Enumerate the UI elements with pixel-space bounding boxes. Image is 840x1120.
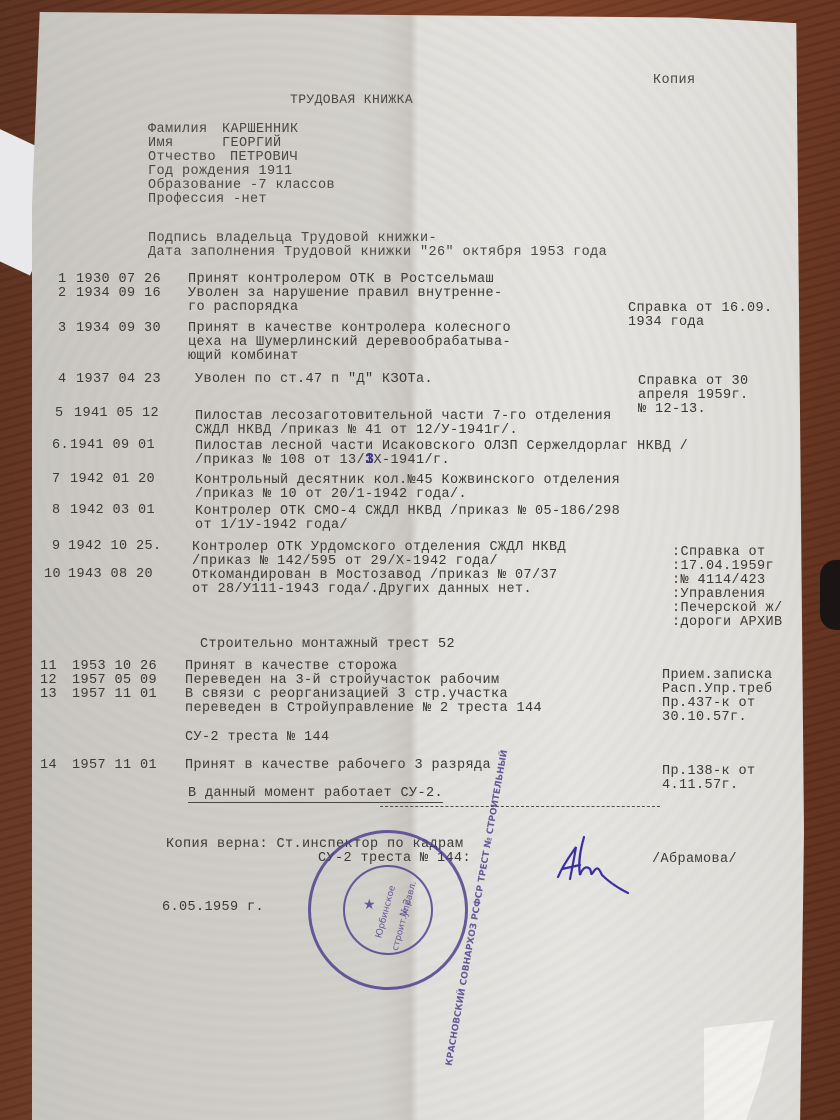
entry-10-date: 1943 08 20 xyxy=(68,568,153,582)
handwritten-day-correction: 3 xyxy=(365,453,374,467)
copy-mark: Копия xyxy=(653,74,696,88)
handwritten-signature xyxy=(550,835,630,895)
entry-9-basis-line2: :17.04.1959г xyxy=(672,560,774,574)
fill-date-line: Дата заполнения Трудовой книжки "26" окт… xyxy=(148,246,607,260)
entry-13-number: 13 xyxy=(40,688,57,702)
entry-9-text-line2: /приказ № 142/595 от 29/Х-1942 года/ xyxy=(192,555,498,569)
entry-2-number: 2 xyxy=(58,287,67,301)
current-status: В данный момент работает СУ-2. xyxy=(188,787,443,803)
section-heading-trust-52: Строительно монтажный трест 52 xyxy=(200,638,455,652)
surname-label: Фамилия xyxy=(148,123,208,137)
entry-8-date: 1942 03 01 xyxy=(70,504,155,518)
entry-9-text-line1: Контролер ОТК Урдомского отделения СЖДЛ … xyxy=(192,541,566,555)
entry-7-date: 1942 01 20 xyxy=(70,473,155,487)
entry-6-text-line2: /приказ № 108 от 13/1Х-1941/г. xyxy=(195,454,450,468)
entry-10-basis-line3: :Печерской ж/ xyxy=(672,602,783,616)
stamp-inner-text-3: № 2 xyxy=(399,898,413,918)
entry-12-date: 1957 05 09 xyxy=(72,674,157,688)
entry-10-basis-line2: :Управления xyxy=(672,588,766,602)
signer-name: /Абрамова/ xyxy=(652,853,737,867)
entry-12-number: 12 xyxy=(40,674,57,688)
entry-3-text-line1: Принят в качестве контролера колесного xyxy=(188,322,511,336)
entry-4-number: 4 xyxy=(58,373,67,387)
entry-4-basis-line3: № 12-13. xyxy=(638,403,706,417)
name-label: Имя xyxy=(148,137,174,151)
entry-7-number: 7 xyxy=(52,473,61,487)
entry-9-date: 1942 10 25. xyxy=(68,540,162,554)
name-value: ГЕОРГИЙ xyxy=(222,137,282,151)
entry-10-basis-line1: :№ 4114/423 xyxy=(672,574,766,588)
profession-line: Профессия -нет xyxy=(148,193,267,207)
entry-2-text-line1: Уволен за нарушение правил внутренне- xyxy=(188,287,503,301)
entry-1-number: 1 xyxy=(58,273,67,287)
entry-12-basis-line2: Расп.Упр.треб xyxy=(662,683,773,697)
entry-10-text-line1: Откомандирован в Мостозавод /приказ № 07… xyxy=(192,569,558,583)
entry-14-text: Принят в качестве рабочего 3 разряда xyxy=(185,759,491,773)
entry-10-basis-line4: :дороги АРХИВ xyxy=(672,616,783,630)
certification-date: 6.05.1959 г. xyxy=(162,901,264,915)
entry-2-basis-line1: Справка от 16.09. xyxy=(628,302,773,316)
entry-14-basis-line1: Пр.138-к от xyxy=(662,765,756,779)
entry-7-text-line2: /приказ № 10 от 20/1-1942 года/. xyxy=(195,488,467,502)
patronymic-label: Отчество xyxy=(148,151,216,165)
entry-3-text-line2: цеха на Шумерлинский деревообрабатыва- xyxy=(188,336,511,350)
entry-2-date: 1934 09 16 xyxy=(76,287,161,301)
entry-12-basis-line1: Прием.записка xyxy=(662,669,773,683)
document-title: ТРУДОВАЯ КНИЖКА xyxy=(290,93,413,107)
entry-4-basis-line1: Справка от 30 xyxy=(638,375,749,389)
sub-heading-su2: СУ-2 треста № 144 xyxy=(185,731,330,745)
star-icon: ★ xyxy=(363,897,376,913)
entry-5-number: 5 xyxy=(55,407,64,421)
official-round-stamp: КРАСНОВСКИЙ СОВНАРХОЗ РСФСР ТРЕСТ № СТРО… xyxy=(308,830,468,990)
entry-6-number: 6. xyxy=(52,439,69,453)
entry-5-date: 1941 05 12 xyxy=(74,407,159,421)
entry-4-basis-line2: апреля 1959г. xyxy=(638,389,749,403)
entry-8-number: 8 xyxy=(52,504,61,518)
stamp-inner-ring: ★ Юрбинское строит.управл. № 2 xyxy=(343,865,433,955)
entry-14-basis-line2: 4.11.57г. xyxy=(662,779,739,793)
entry-8-text-line2: от 1/1У-1942 года/ xyxy=(195,519,348,533)
entry-7-text-line1: Контрольный десятник кол.№45 Кожвинского… xyxy=(195,474,620,488)
entry-9-basis-line1: :Справка от xyxy=(672,546,766,560)
entry-13-basis-line2: 30.10.57г. xyxy=(662,711,747,725)
entry-4-date: 1937 04 23 xyxy=(76,373,161,387)
entry-13-date: 1957 11 01 xyxy=(72,688,157,702)
entry-11-number: 11 xyxy=(40,660,57,674)
entry-13-text-line2: переведен в Стройуправление № 2 треста 1… xyxy=(185,702,542,716)
entry-10-text-line2: от 28/У111-1943 года/.Других данных нет. xyxy=(192,583,532,597)
entry-13-text-line1: В связи с реорганизацией 3 стр.участка xyxy=(185,688,508,702)
education-line: Образование -7 классов xyxy=(148,179,335,193)
entry-14-number: 14 xyxy=(40,759,57,773)
entry-11-date: 1953 10 26 xyxy=(72,660,157,674)
entry-11-text: Принят в качестве сторожа xyxy=(185,660,398,674)
entry-3-text-line3: ющий комбинат xyxy=(188,350,299,364)
entry-6-date: 1941 09 01 xyxy=(70,439,155,453)
entry-8-text-line1: Контролер ОТК СМО-4 СЖДЛ НКВД /приказ № … xyxy=(195,505,620,519)
entry-1-text: Принят контролером ОТК в Ростсельмаш xyxy=(188,273,494,287)
entry-2-basis-line2: 1934 года xyxy=(628,316,705,330)
entry-3-date: 1934 09 30 xyxy=(76,322,161,336)
entry-6-text-line1: Пилостав лесной части Исаковского ОЛЗП С… xyxy=(195,440,688,454)
surname-value: КАРШЕННИК xyxy=(222,123,299,137)
dark-object-edge xyxy=(820,560,840,630)
dashed-divider xyxy=(380,806,660,807)
folded-corner xyxy=(704,1020,774,1120)
birth-year-line: Год рождения 1911 xyxy=(148,165,293,179)
entry-4-text: Уволен по ст.47 п "Д" КЗОТа. xyxy=(195,373,433,387)
entry-9-number: 9 xyxy=(52,540,61,554)
entry-10-number: 10 xyxy=(44,568,61,582)
owner-signature-line: Подпись владельца Трудовой книжки- xyxy=(148,232,437,246)
entry-5-text-line1: Пилостав лесозаготовительной части 7-го … xyxy=(195,410,612,424)
patronymic-value: ПЕТРОВИЧ xyxy=(230,151,298,165)
entry-5-text-line2: СЖДЛ НКВД /приказ № 41 от 12/У-1941г/. xyxy=(195,424,518,438)
entry-1-date: 1930 07 26 xyxy=(76,273,161,287)
entry-3-number: 3 xyxy=(58,322,67,336)
entry-12-text: Переведен на 3-й стройучасток рабочим xyxy=(185,674,500,688)
entry-14-date: 1957 11 01 xyxy=(72,759,157,773)
entry-13-basis-line1: Пр.437-к от xyxy=(662,697,756,711)
entry-2-text-line2: го распорядка xyxy=(188,301,299,315)
